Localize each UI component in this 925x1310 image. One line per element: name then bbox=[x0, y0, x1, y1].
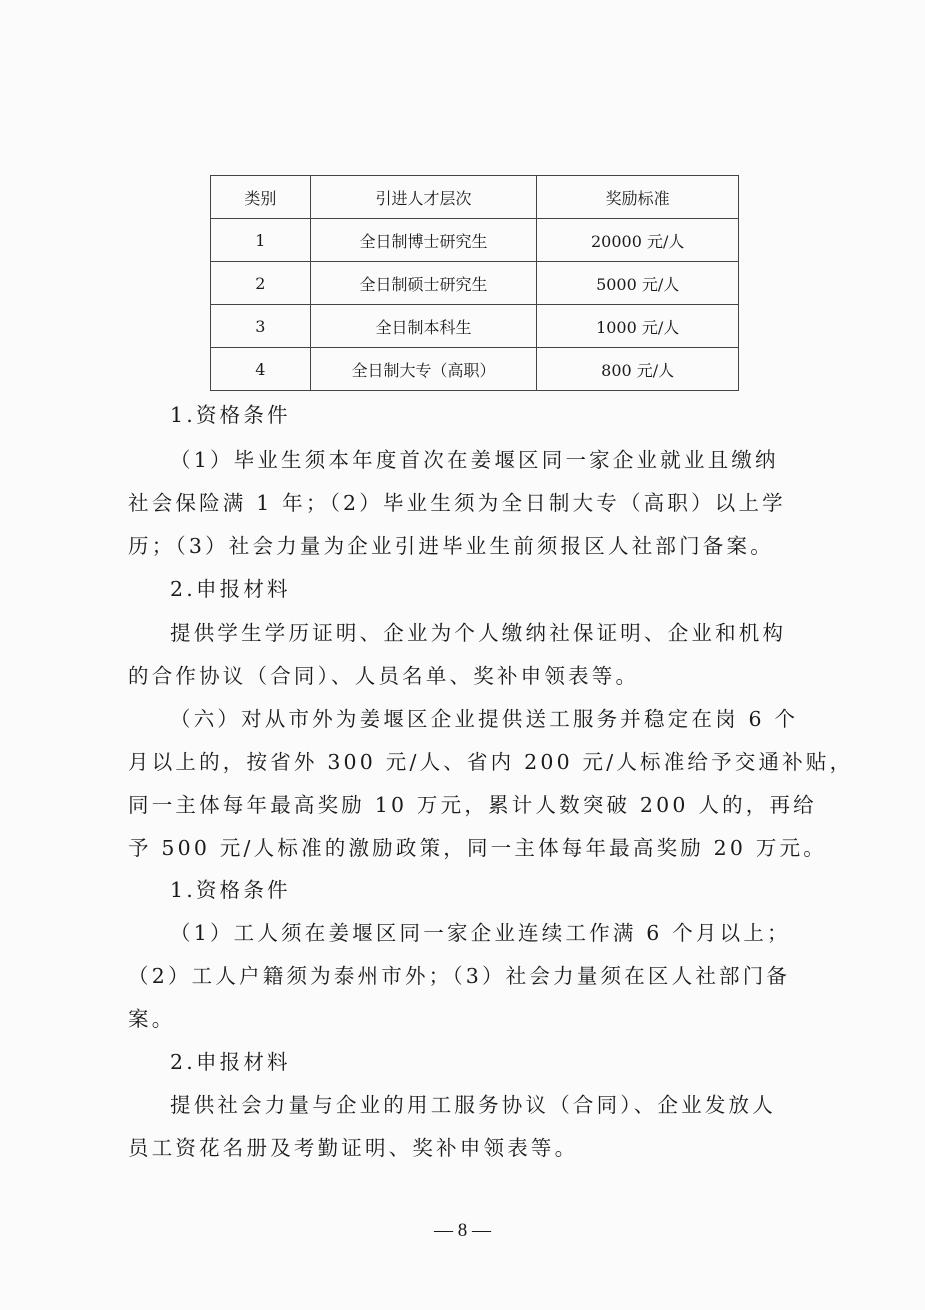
paragraph-line: 同一主体每年最高奖励 10 万元，累计人数突破 200 人的，再给 bbox=[128, 792, 828, 818]
page-number: — 8 — bbox=[0, 1220, 925, 1242]
materials-heading: 2.申报材料 bbox=[170, 1049, 870, 1075]
cell-level: 全日制硕士研究生 bbox=[310, 262, 537, 305]
cell-reward: 800 元/人 bbox=[537, 348, 739, 391]
cell-category: 4 bbox=[211, 348, 311, 391]
cell-category: 3 bbox=[211, 305, 311, 348]
reward-standard-table: 类别 引进人才层次 奖励标准 1 全日制博士研究生 20000 元/人 2 全日… bbox=[210, 175, 739, 391]
cell-category: 2 bbox=[211, 262, 311, 305]
cell-level: 全日制博士研究生 bbox=[310, 219, 537, 262]
qualification-heading: 1.资格条件 bbox=[170, 877, 870, 903]
header-talent-level: 引进人才层次 bbox=[310, 176, 537, 219]
cell-reward: 1000 元/人 bbox=[537, 305, 739, 348]
paragraph-line: 社会保险满 1 年；（2）毕业生须为全日制大专（高职）以上学 bbox=[128, 490, 828, 516]
paragraph-line: 历；（3）社会力量为企业引进毕业生前须报区人社部门备案。 bbox=[128, 533, 828, 559]
section-six-intro: （六）对从市外为姜堰区企业提供送工服务并稳定在岗 6 个 bbox=[170, 706, 870, 732]
table-row: 2 全日制硕士研究生 5000 元/人 bbox=[211, 262, 739, 305]
paragraph-line: （1）工人须在姜堰区同一家企业连续工作满 6 个月以上； bbox=[170, 920, 870, 946]
paragraph-line: 提供社会力量与企业的用工服务协议（合同）、企业发放人 bbox=[170, 1092, 870, 1118]
header-reward-standard: 奖励标准 bbox=[537, 176, 739, 219]
document-page: 类别 引进人才层次 奖励标准 1 全日制博士研究生 20000 元/人 2 全日… bbox=[0, 0, 925, 1310]
cell-category: 1 bbox=[211, 219, 311, 262]
paragraph-line: 案。 bbox=[128, 1006, 828, 1032]
paragraph-line: 提供学生学历证明、企业为个人缴纳社保证明、企业和机构 bbox=[170, 620, 870, 646]
paragraph-line: 予 500 元/人标准的激励政策，同一主体每年最高奖励 20 万元。 bbox=[128, 835, 828, 861]
cell-level: 全日制本科生 bbox=[310, 305, 537, 348]
table-row: 1 全日制博士研究生 20000 元/人 bbox=[211, 219, 739, 262]
paragraph-line: 员工资花名册及考勤证明、奖补申领表等。 bbox=[128, 1135, 828, 1161]
materials-heading: 2.申报材料 bbox=[170, 576, 870, 602]
table-row: 3 全日制本科生 1000 元/人 bbox=[211, 305, 739, 348]
paragraph-line: （1）毕业生须本年度首次在姜堰区同一家企业就业且缴纳 bbox=[170, 447, 870, 473]
cell-reward: 20000 元/人 bbox=[537, 219, 739, 262]
cell-reward: 5000 元/人 bbox=[537, 262, 739, 305]
table-header-row: 类别 引进人才层次 奖励标准 bbox=[211, 176, 739, 219]
cell-level: 全日制大专（高职） bbox=[310, 348, 537, 391]
qualification-heading: 1.资格条件 bbox=[170, 402, 870, 428]
paragraph-line: （2）工人户籍须为泰州市外；（3）社会力量须在区人社部门备 bbox=[128, 963, 828, 989]
paragraph-line: 月以上的，按省外 300 元/人、省内 200 元/人标准给予交通补贴， bbox=[128, 749, 828, 775]
table-row: 4 全日制大专（高职） 800 元/人 bbox=[211, 348, 739, 391]
header-category: 类别 bbox=[211, 176, 311, 219]
paragraph-line: 的合作协议（合同）、人员名单、奖补申领表等。 bbox=[128, 663, 828, 689]
